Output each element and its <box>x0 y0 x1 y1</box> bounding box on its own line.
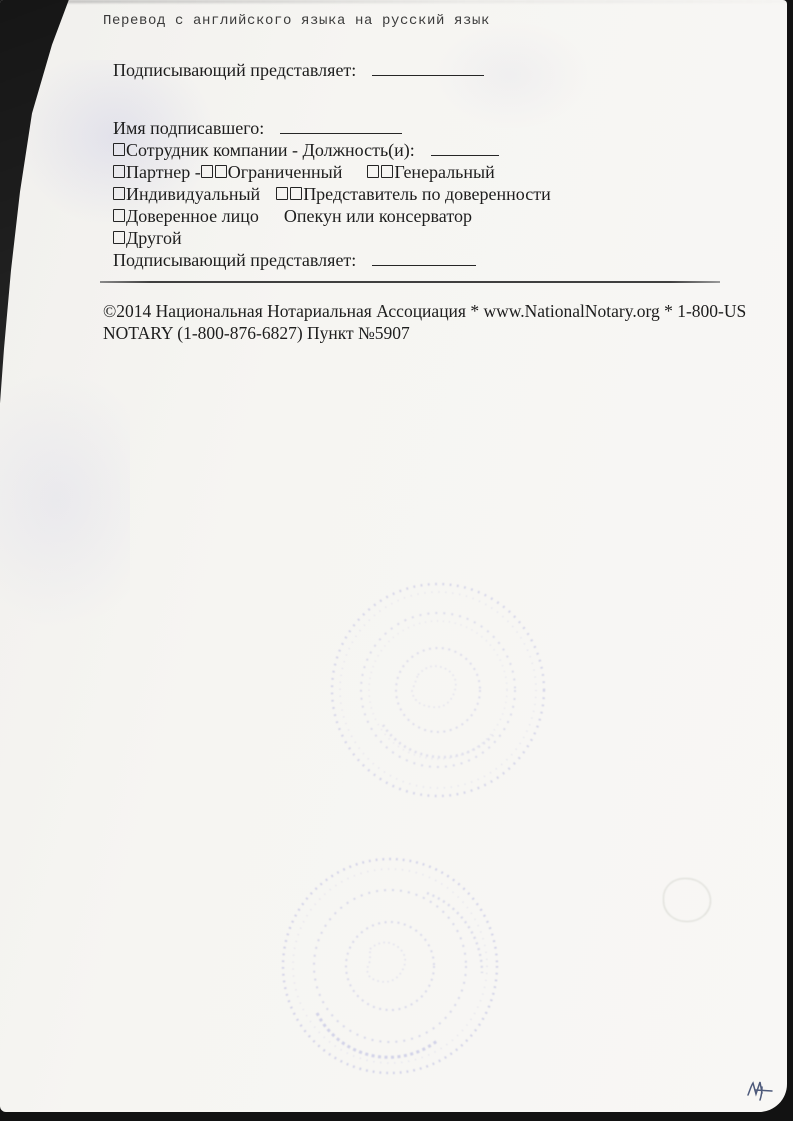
trustee-label: Доверенное лицо <box>126 206 259 226</box>
checkbox-icon <box>367 165 379 178</box>
scan-edge-top <box>60 0 787 3</box>
signer-name-line: Имя подписавшего: <box>113 117 551 139</box>
signer-represents-line-top: Подписывающий представляет: <box>113 59 484 81</box>
notary-stamp-bleedthrough-upper <box>323 575 553 805</box>
partner-limited-label: Ограниченный <box>228 162 343 182</box>
checkbox-icon <box>215 165 227 178</box>
other-label: Другой <box>126 228 182 248</box>
blank-underline <box>280 131 402 134</box>
checkbox-icon <box>113 231 125 244</box>
ink-bleedthrough-blob <box>0 370 130 630</box>
blank-underline <box>372 263 476 266</box>
checkbox-icon <box>113 209 125 222</box>
partner-general-label: Генеральный <box>394 162 494 182</box>
paper-artifact-ring <box>663 878 711 922</box>
checkbox-icon <box>201 165 213 178</box>
translation-note: Перевод с английского языка на русский я… <box>103 13 490 29</box>
corporate-officer-line: Сотрудник компании - Должность(и): <box>113 139 551 161</box>
blank-underline <box>431 153 499 156</box>
checkbox-icon <box>381 165 393 178</box>
individual-label: Индивидуальный <box>126 184 260 204</box>
blank-underline <box>372 73 484 76</box>
checkbox-icon <box>290 187 302 200</box>
other-line: Другой <box>113 227 551 249</box>
handwritten-initial-icon <box>746 1078 774 1104</box>
attorney-in-fact-label: Представитель по доверенности <box>303 184 551 204</box>
footer-line-1: ©2014 Национальная Нотариальная Ассоциац… <box>103 300 746 322</box>
document-page: Перевод с английского языка на русский я… <box>0 0 787 1112</box>
checkbox-icon <box>113 165 125 178</box>
signer-capacity-form: Имя подписавшего: Сотрудник компании - Д… <box>113 117 551 271</box>
copyright-footer: ©2014 Национальная Нотариальная Ассоциац… <box>103 300 746 344</box>
scan-edge-shadow-top-left <box>0 0 98 476</box>
individual-line: Индивидуальный Представитель по доверенн… <box>113 183 551 205</box>
signer-represents-label: Подписывающий представляет: <box>113 60 356 80</box>
footer-line-2: NOTARY (1-800-876-6827) Пункт №5907 <box>103 322 746 344</box>
separator-line <box>100 281 720 283</box>
signer-name-label: Имя подписавшего: <box>113 118 264 138</box>
signer-represents-line-bottom: Подписывающий представляет: <box>113 249 551 271</box>
checkbox-icon <box>113 187 125 200</box>
scanner-background: { "document": { "translation_note": "Пер… <box>0 0 793 1121</box>
partner-label: Партнер - <box>126 162 201 182</box>
notary-stamp-bleedthrough-lower <box>277 853 507 1083</box>
checkbox-icon <box>113 143 125 156</box>
officer-label: Сотрудник компании - Должность(и): <box>126 140 415 160</box>
guardian-label: Опекун или консерватор <box>284 206 472 226</box>
partner-line: Партнер -Ограниченный Генеральный <box>113 161 551 183</box>
signer-represents-label: Подписывающий представляет: <box>113 250 356 270</box>
trustee-line: Доверенное лицо Опекун или консерватор <box>113 205 551 227</box>
checkbox-icon <box>276 187 288 200</box>
